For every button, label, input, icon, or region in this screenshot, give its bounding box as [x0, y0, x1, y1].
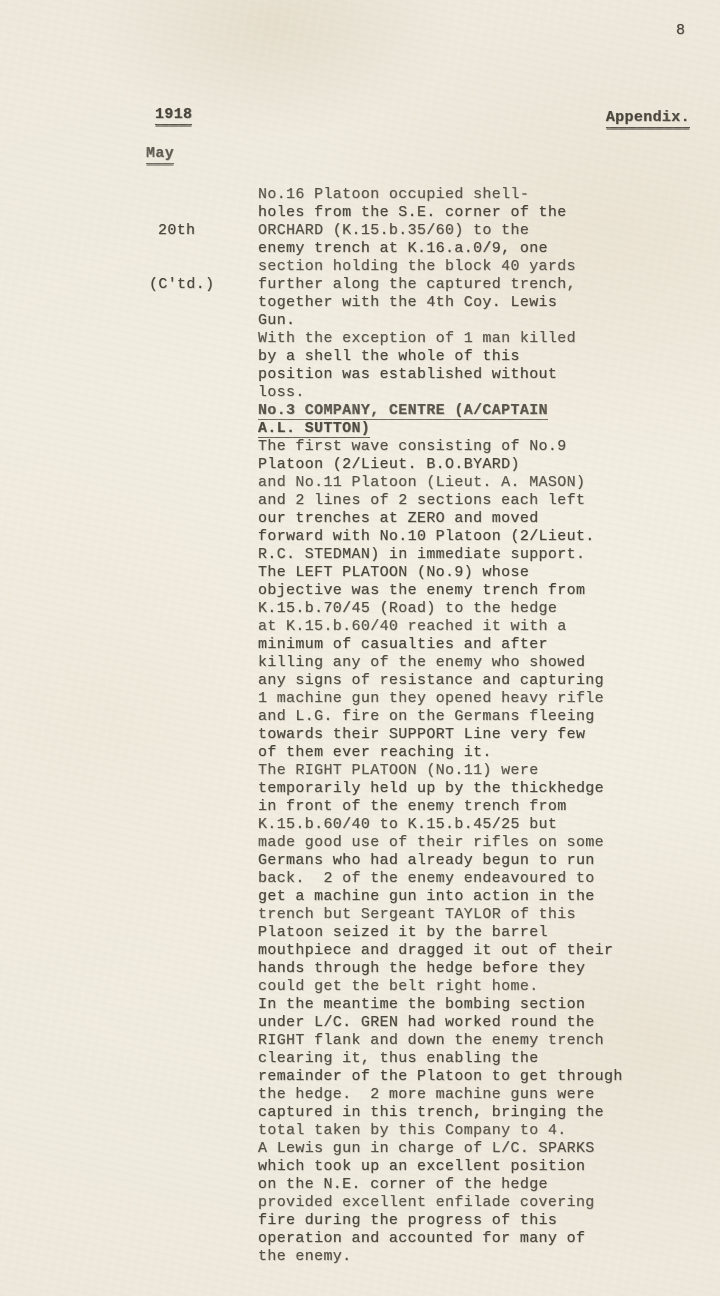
- body-line: by a shell the whole of this: [258, 348, 638, 366]
- margin-date: 20th: [149, 222, 214, 240]
- body-line: the hedge. 2 more machine guns were: [258, 1086, 638, 1104]
- body-line: section holding the block 40 yards: [258, 258, 638, 276]
- body-line: Platoon (2/Lieut. B.O.BYARD): [258, 456, 638, 474]
- body-line: towards their SUPPORT Line very few: [258, 726, 638, 744]
- body-line: fire during the progress of this: [258, 1212, 638, 1230]
- body-line: remainder of the Platoon to get through: [258, 1068, 638, 1086]
- body-line: get a machine gun into action in the: [258, 888, 638, 906]
- body-line: could get the belt right home.: [258, 978, 638, 996]
- body-line: objective was the enemy trench from: [258, 582, 638, 600]
- body-line: at K.15.b.60/40 reached it with a: [258, 618, 638, 636]
- body-line: forward with No.10 Platoon (2/Lieut.: [258, 528, 638, 546]
- body-line: RIGHT flank and down the enemy trench: [258, 1032, 638, 1050]
- body-line: of them ever reaching it.: [258, 744, 638, 762]
- body-line: K.15.b.70/45 (Road) to the hedge: [258, 600, 638, 618]
- appendix-heading: Appendix.: [606, 109, 690, 128]
- document-page: 8 1918 Appendix. May 20th (C'td.) No.16 …: [0, 0, 720, 1296]
- body-line: under L/C. GREN had worked round the: [258, 1014, 638, 1032]
- body-line: No.16 Platoon occupied shell-: [258, 186, 638, 204]
- body-line: the enemy.: [258, 1248, 638, 1266]
- body-line: The first wave consisting of No.9: [258, 438, 638, 456]
- body-line: together with the 4th Coy. Lewis: [258, 294, 638, 312]
- body-line: provided excellent enfilade covering: [258, 1194, 638, 1212]
- body-line: Gun.: [258, 312, 638, 330]
- body-line: mouthpiece and dragged it out of their: [258, 942, 638, 960]
- body-line: loss.: [258, 384, 638, 402]
- margin-date-note: 20th (C'td.): [149, 186, 214, 330]
- diary-entry-text: No.16 Platoon occupied shell-holes from …: [258, 186, 638, 1266]
- body-line: K.15.b.60/40 to K.15.b.45/25 but: [258, 816, 638, 834]
- body-line: With the exception of 1 man killed: [258, 330, 638, 348]
- margin-date-continued: (C'td.): [149, 276, 214, 294]
- body-line: hands through the hedge before they: [258, 960, 638, 978]
- body-line: and No.11 Platoon (Lieut. A. MASON): [258, 474, 638, 492]
- body-line: Platoon seized it by the barrel: [258, 924, 638, 942]
- page-number: 8: [676, 22, 685, 39]
- section-heading-line: A.L. SUTTON): [258, 420, 638, 438]
- body-line: trench but Sergeant TAYLOR of this: [258, 906, 638, 924]
- body-line: The RIGHT PLATOON (No.11) were: [258, 762, 638, 780]
- body-line: position was established without: [258, 366, 638, 384]
- month-heading: May: [146, 145, 174, 164]
- body-line: Germans who had already begun to run: [258, 852, 638, 870]
- body-line: back. 2 of the enemy endeavoured to: [258, 870, 638, 888]
- body-line: in front of the enemy trench from: [258, 798, 638, 816]
- body-line: 1 machine gun they opened heavy rifle: [258, 690, 638, 708]
- body-line: A Lewis gun in charge of L/C. SPARKS: [258, 1140, 638, 1158]
- body-line: captured in this trench, bringing the: [258, 1104, 638, 1122]
- body-line: clearing it, thus enabling the: [258, 1050, 638, 1068]
- body-line: enemy trench at K.16.a.0/9, one: [258, 240, 638, 258]
- body-line: on the N.E. corner of the hedge: [258, 1176, 638, 1194]
- body-line: minimum of casualties and after: [258, 636, 638, 654]
- body-line: our trenches at ZERO and moved: [258, 510, 638, 528]
- body-line: total taken by this Company to 4.: [258, 1122, 638, 1140]
- body-line: temporarily held up by the thickhedge: [258, 780, 638, 798]
- body-line: further along the captured trench,: [258, 276, 638, 294]
- body-line: ORCHARD (K.15.b.35/60) to the: [258, 222, 638, 240]
- body-line: and L.G. fire on the Germans fleeing: [258, 708, 638, 726]
- body-line: holes from the S.E. corner of the: [258, 204, 638, 222]
- body-line: any signs of resistance and capturing: [258, 672, 638, 690]
- body-line: made good use of their rifles on some: [258, 834, 638, 852]
- body-line: operation and accounted for many of: [258, 1230, 638, 1248]
- body-line: and 2 lines of 2 sections each left: [258, 492, 638, 510]
- body-line: killing any of the enemy who showed: [258, 654, 638, 672]
- body-line: The LEFT PLATOON (No.9) whose: [258, 564, 638, 582]
- year-heading: 1918: [155, 106, 192, 125]
- body-line: which took up an excellent position: [258, 1158, 638, 1176]
- section-heading-line: No.3 COMPANY, CENTRE (A/CAPTAIN: [258, 402, 638, 420]
- body-line: In the meantime the bombing section: [258, 996, 638, 1014]
- body-line: R.C. STEDMAN) in immediate support.: [258, 546, 638, 564]
